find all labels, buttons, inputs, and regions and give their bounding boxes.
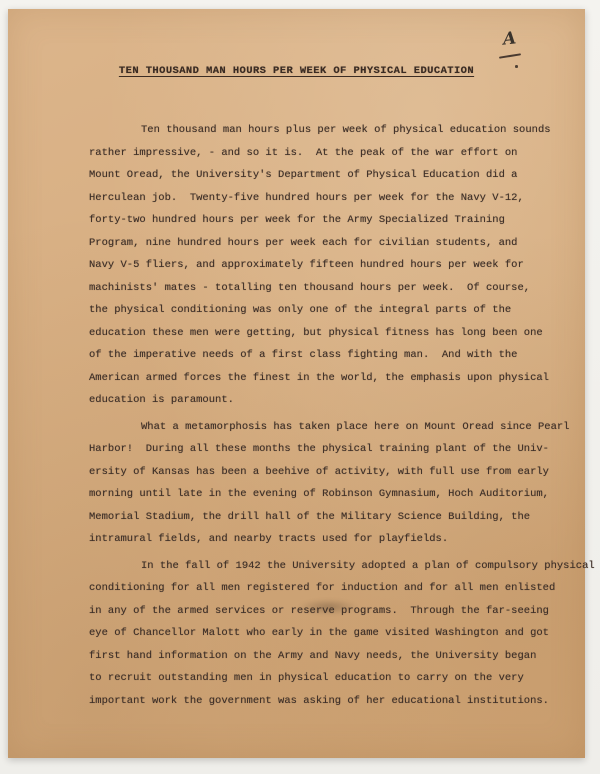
text-line: What a metamorphosis has taken place her… <box>89 416 561 439</box>
text-line: the physical conditioning was only one o… <box>89 299 561 322</box>
text-line: eye of Chancellor Malott who early in th… <box>89 622 561 645</box>
text-line: conditioning for all men registered for … <box>89 577 561 600</box>
text-line: to recruit outstanding men in physical e… <box>89 667 561 690</box>
text-line: Harbor! During all these months the phys… <box>89 438 561 461</box>
text-line: education these men were getting, but ph… <box>89 322 561 345</box>
paragraph-2: What a metamorphosis has taken place her… <box>89 416 561 551</box>
text-line: Navy V-5 fliers, and approximately fifte… <box>89 254 561 277</box>
text-line: Mount Oread, the University's Department… <box>89 164 561 187</box>
handwritten-grade-mark: A <box>497 27 537 67</box>
text-line: machinists' mates - totalling ten thousa… <box>89 277 561 300</box>
document-body: Ten thousand man hours plus per week of … <box>89 119 561 712</box>
text-line: Memorial Stadium, the drill hall of the … <box>89 506 561 529</box>
text-line: first hand information on the Army and N… <box>89 645 561 668</box>
text-line: American armed forces the finest in the … <box>89 367 561 390</box>
paragraph-3: In the fall of 1942 the University adopt… <box>89 555 561 713</box>
text-line: Ten thousand man hours plus per week of … <box>89 119 561 142</box>
text-line: intramural fields, and nearby tracts use… <box>89 528 561 551</box>
text-line: In the fall of 1942 the University adopt… <box>89 555 561 578</box>
text-line: ersity of Kansas has been a beehive of a… <box>89 461 561 484</box>
text-line: rather impressive, - and so it is. At th… <box>89 142 561 165</box>
annotation-letter: A <box>502 28 517 49</box>
text-line: in any of the armed services or reserve … <box>89 600 561 623</box>
text-line: forty-two hundred hours per week for the… <box>89 209 561 232</box>
paragraph-1: Ten thousand man hours plus per week of … <box>89 119 561 412</box>
text-line: of the imperative needs of a first class… <box>89 344 561 367</box>
text-line: education is paramount. <box>89 389 561 412</box>
text-line: Herculean job. Twenty-five hundred hours… <box>89 187 561 210</box>
text-line: important work the government was asking… <box>89 690 561 713</box>
annotation-underline <box>499 53 521 58</box>
document-page: A TEN THOUSAND MAN HOURS PER WEEK OF PHY… <box>8 9 585 758</box>
scan-background: A TEN THOUSAND MAN HOURS PER WEEK OF PHY… <box>0 0 600 774</box>
ink-speck <box>515 65 518 68</box>
text-line: Program, nine hundred hours per week eac… <box>89 232 561 255</box>
text-line: morning until late in the evening of Rob… <box>89 483 561 506</box>
